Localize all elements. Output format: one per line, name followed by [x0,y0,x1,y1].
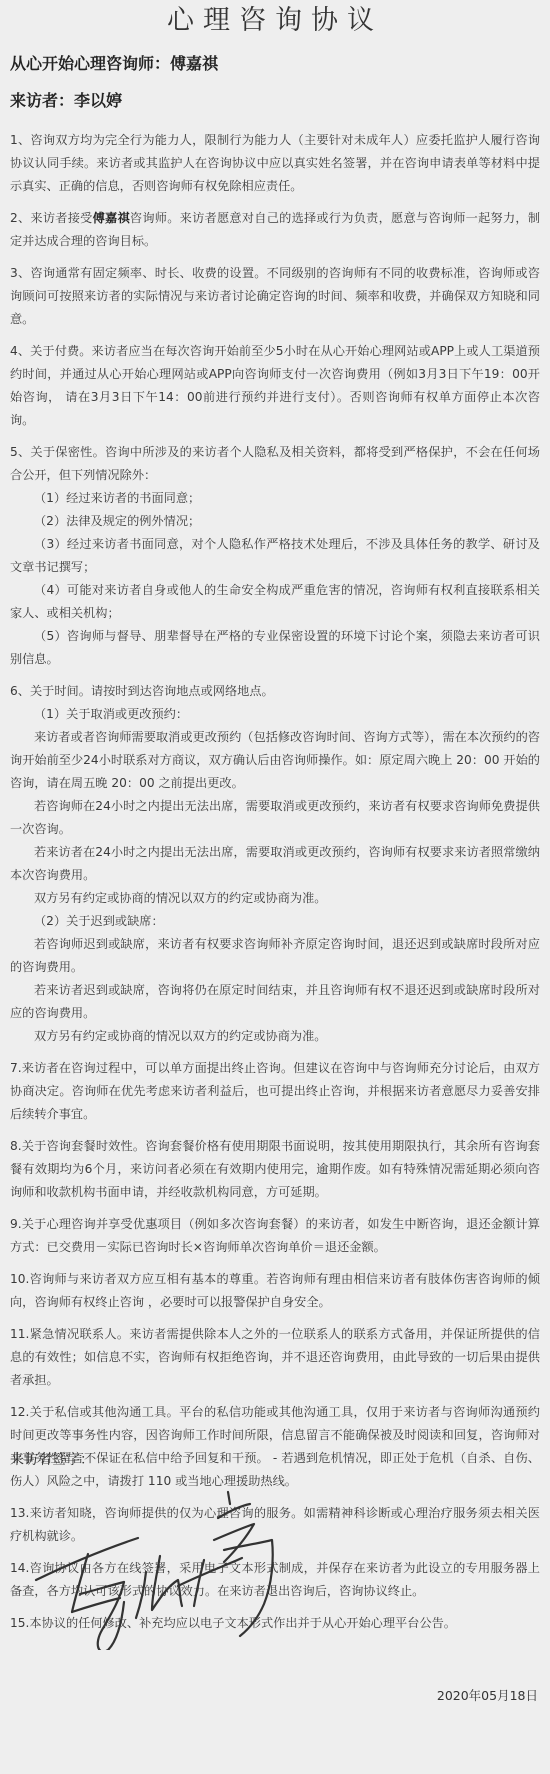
clause-2: 2、来访者接受傅嘉祺咨询师。来访者愿意对自己的选择或行为负责，愿意与咨询师一起努… [10,207,540,253]
clause-6: 6、关于时间。请按时到达咨询地点或网络地点。 [10,680,540,703]
clause-1: 1、咨询双方均为完全行为能力人，限制行为能力人（主要针对未成年人）应委托监护人履… [10,129,540,198]
clause-6-sub2-item-3: 双方另有约定或协商的情况以双方的约定或协商为准。 [10,1025,540,1048]
clause-12: 12.关于私信或其他沟通工具。平台的私信功能或其他沟通工具，仅用于来访者与咨询师… [10,1401,540,1493]
clause-3: 3、咨询通常有固定频率、时长、收费的设置。不同级别的咨询师有不同的收费标准，咨询… [10,262,540,331]
clause-5-item-4: （4）可能对来访者自身或他人的生命安全构成严重危害的情况，咨询师有权利直接联系相… [10,579,540,625]
counselor-name-line: 从心开始心理咨询师：傅嘉祺 [10,53,540,75]
clause-5-item-3: （3）经过来访者书面同意，对个人隐私作严格技术处理后，不涉及具体任务的教学、研讨… [10,533,540,579]
document-title: 心理咨询协议 [10,0,540,40]
clause-6-sub1-item-4: 双方另有约定或协商的情况以双方的约定或协商为准。 [10,887,540,910]
clause-4: 4、关于付费。来访者应当在每次咨询开始前至少5小时在从心开始心理网站或APP上或… [10,340,540,432]
clause-5-item-2: （2）法律及规定的例外情况； [10,510,540,533]
clause-7: 7.来访者在咨询过程中，可以单方面提出终止咨询。但建议在咨询中与咨询师充分讨论后… [10,1057,540,1126]
clause-2-counselor-name: 傅嘉祺 [93,211,130,225]
visitor-name-line: 来访者：李以婷 [10,90,540,112]
agreement-page: 心理咨询协议 从心开始心理咨询师：傅嘉祺 来访者：李以婷 1、咨询双方均为完全行… [0,0,550,1774]
clause-10: 10.咨询师与来访者双方应互相有基本的尊重。若咨询师有理由相信来访者有肢体伤害咨… [10,1268,540,1314]
clause-5-item-5: （5）咨询师与督导、朋辈督导在严格的专业保密设置的环境下讨论个案，须隐去来访者可… [10,625,540,671]
clause-8: 8.关于咨询套餐时效性。咨询套餐价格有使用期限书面说明，按其使用期限执行，其余所… [10,1135,540,1204]
clause-6-sub1-item-3: 若来访者在24小时之内提出无法出席，需要取消或更改预约，咨询师有权要求来访者照常… [10,841,540,887]
clause-2-prefix: 2、来访者接受 [10,211,93,225]
clause-6-sub2-item-1: 若咨询师迟到或缺席，来访者有权要求咨询师补齐原定咨询时间，退还迟到或缺席时段所对… [10,933,540,979]
signature-label: 来访者签字： [10,1449,94,1469]
handwritten-signature [28,1490,288,1650]
clause-6-sub2-title: （2）关于迟到或缺席： [10,910,540,933]
signature-date: 2020年05月18日 [437,1686,538,1704]
clause-11: 11.紧急情况联系人。来访者需提供除本人之外的一位联系人的联系方式备用，并保证所… [10,1323,540,1392]
clause-6-sub1-item-1: 来访者或者咨询师需要取消或更改预约（包括修改咨询时间、咨询方式等），需在本次预约… [10,726,540,795]
clause-9: 9.关于心理咨询并享受优惠项目（例如多次咨询套餐）的来访者，如发生中断咨询，退还… [10,1213,540,1259]
agreement-clauses: 1、咨询双方均为完全行为能力人，限制行为能力人（主要针对未成年人）应委托监护人履… [10,129,540,1635]
clause-6-sub1-title: （1）关于取消或更改预约： [10,703,540,726]
clause-6-sub1-item-2: 若咨询师在24小时之内提出无法出席，需要取消或更改预约，来访者有权要求咨询师免费… [10,795,540,841]
clause-6-sub2-item-2: 若来访者迟到或缺席，咨询将仍在原定时间结束，并且咨询师有权不退还迟到或缺席时段所… [10,979,540,1025]
clause-5-item-1: （1）经过来访者的书面同意； [10,487,540,510]
clause-5: 5、关于保密性。咨询中所涉及的来访者个人隐私及相关资料，都将受到严格保护，不会在… [10,441,540,487]
